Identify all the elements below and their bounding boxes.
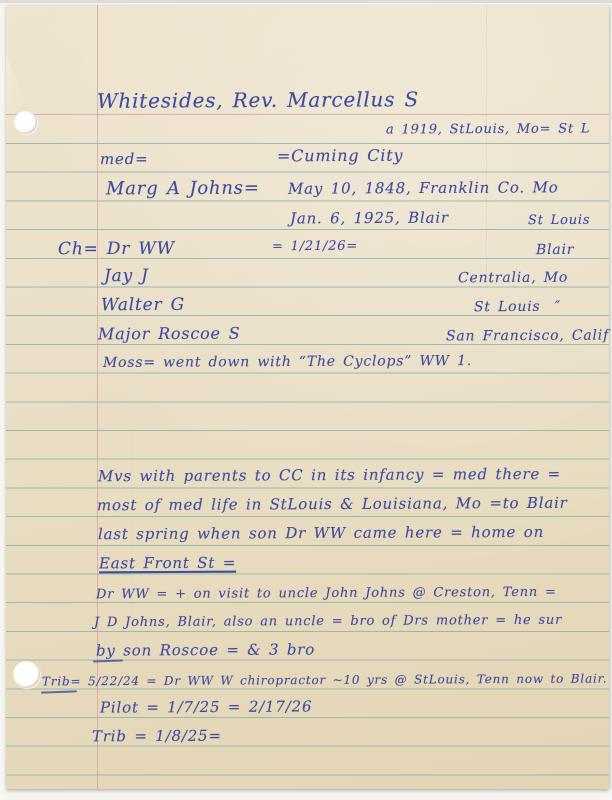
handwriting-line: Pilot = 1/7/25 = 2/17/26 [100,699,312,715]
handwriting-line: Trib= 5/22/24 = Dr WW W chiropractor ~10… [42,673,608,688]
handwriting-line: St Louis [528,214,590,227]
handwriting-line: Marg A Johns= [106,180,260,199]
handwriting-layer: Whitesides, Rev. Marcellus Sa 1919, StLo… [0,0,612,800]
handwriting-line: a 1919, StLouis, Mo= St L [386,122,590,136]
handwriting-line: Mvs with parents to CC in its infancy = … [98,467,561,484]
handwriting-line: San Francisco, Calif [446,329,609,344]
handwriting-line: St Louis ″ [474,300,561,314]
handwriting-line: most of med life in StLouis & Louisiana,… [97,496,568,513]
handwriting-line: East Front St = [99,556,236,572]
handwriting-line: med= [100,152,149,167]
handwriting-line: Dr WW = + on visit to uncle John Johns @… [96,586,557,601]
handwriting-line: Centralia, Mo [458,271,568,286]
handwriting-line: Trib = 1/8/25= [92,729,222,745]
handwriting-line: Walter G [101,297,185,314]
handwriting-line: Jay J [104,268,149,285]
handwriting-line: by son Roscoe = & 3 bro [96,642,315,658]
handwriting-line: J D Johns, Blair, also an uncle = bro of… [94,614,562,629]
handwriting-line: Major Roscoe S [98,326,241,343]
handwriting-line: May 10, 1848, Franklin Co. Mo [288,180,559,196]
handwriting-line: Whitesides, Rev. Marcellus S [97,89,419,111]
handwriting-line: Blair [536,243,574,257]
handwriting-line: Jan. 6, 1925, Blair [290,211,449,227]
handwriting-line: Ch= Dr WW [58,241,175,259]
handwriting-line: =Cuming City [277,148,403,165]
handwriting-line: last spring when son Dr WW came here = h… [98,525,544,542]
handwriting-line: = 1/21/26= [272,240,358,253]
handwriting-line: Moss= went down with “The Cyclops” WW 1. [103,354,472,370]
